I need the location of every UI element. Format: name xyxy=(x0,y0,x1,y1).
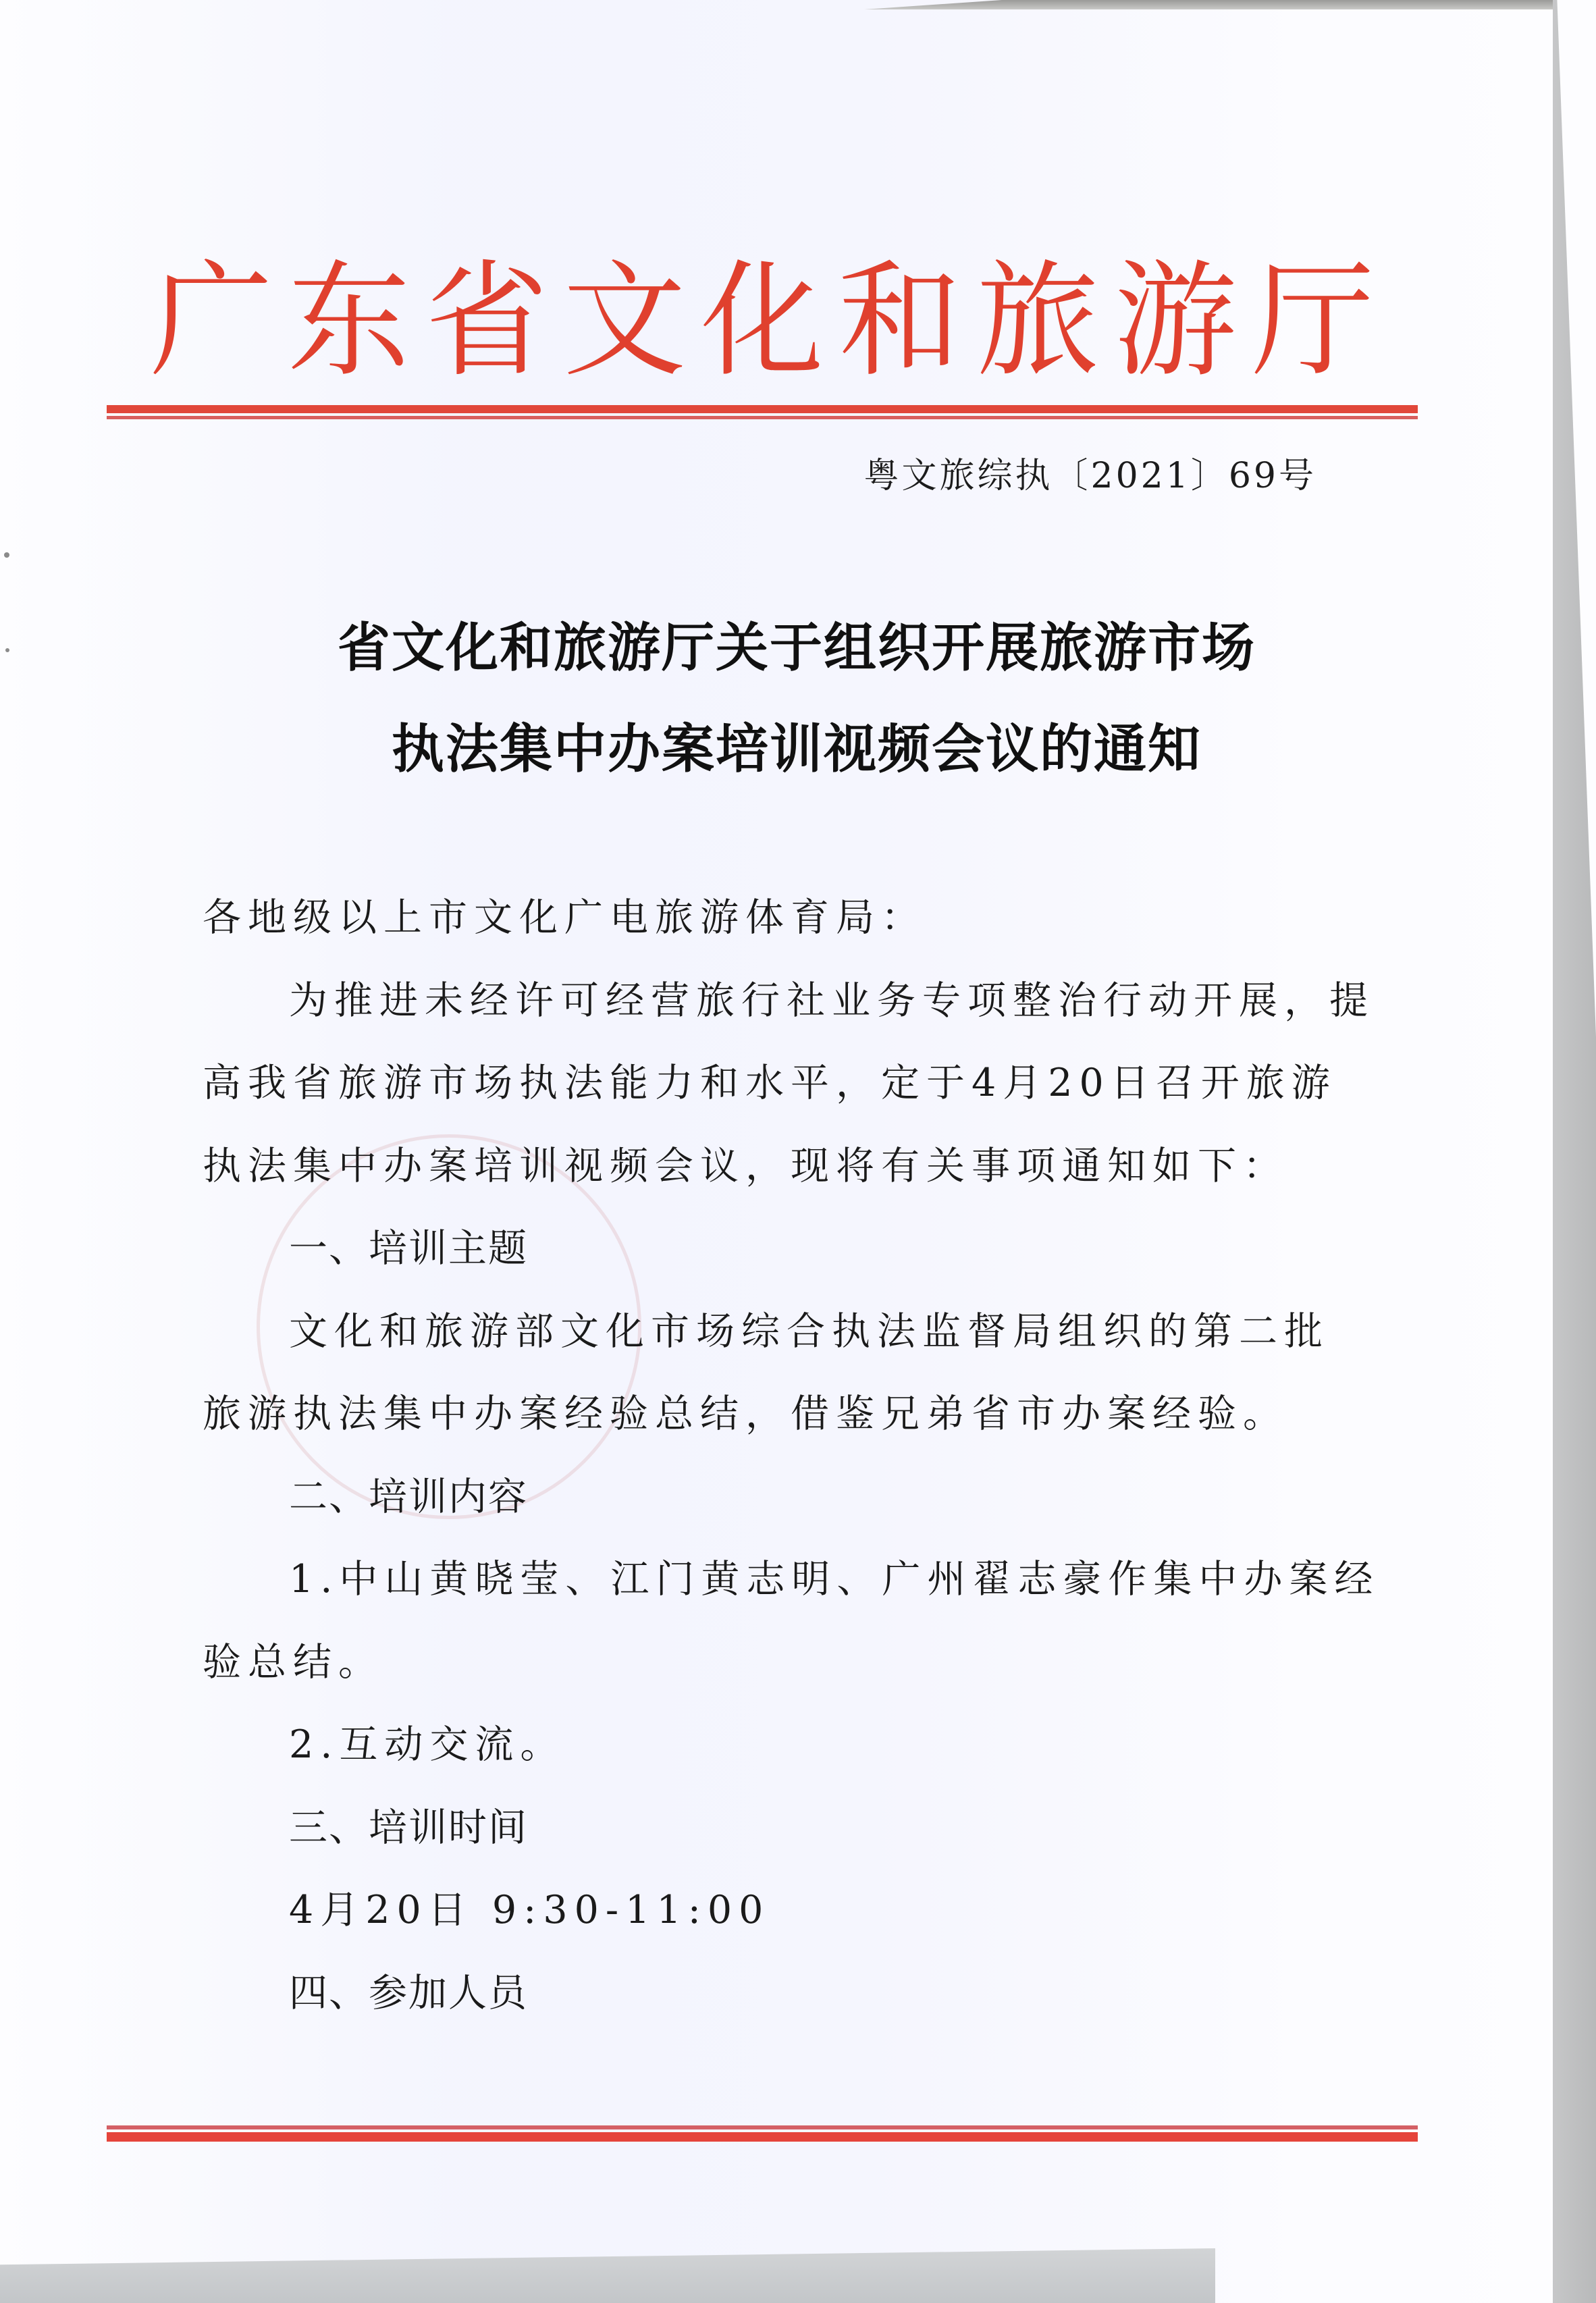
content-item-1-line-2: 验总结。 xyxy=(203,1621,1323,1704)
salutation: 各地级以上市文化广电旅游体育局： xyxy=(203,876,1323,959)
document-title: 省文化和旅游厅关于组织开展旅游市场 执法集中办案培训视频会议的通知 xyxy=(135,598,1458,800)
scan-speck xyxy=(4,552,9,558)
document-number: 粤文旅综执〔2021〕69号 xyxy=(830,449,1316,503)
red-rule-bottom-thick xyxy=(107,2132,1418,2142)
title-line-1: 省文化和旅游厅关于组织开展旅游市场 xyxy=(135,598,1458,699)
intro-line-1: 为推进未经许可经营旅行社业务专项整治行动开展，提 xyxy=(203,959,1323,1042)
content-item-2: 2.互动交流。 xyxy=(203,1703,1323,1786)
document-body: 各地级以上市文化广电旅游体育局： 为推进未经许可经营旅行社业务专项整治行动开展，… xyxy=(203,876,1323,2034)
masthead-red-header: 广东省文化和旅游厅 xyxy=(135,248,1404,393)
section-heading-participants: 四、参加人员 xyxy=(203,1952,1323,2035)
topic-line-1: 文化和旅游部文化市场综合执法监督局组织的第二批 xyxy=(203,1290,1323,1373)
intro-line-2: 高我省旅游市场执法能力和水平，定于4月20日召开旅游 xyxy=(203,1042,1323,1125)
red-rule-top-thin xyxy=(107,416,1418,419)
content-item-1-line-1: 1.中山黄晓莹、江门黄志明、广州翟志豪作集中办案经 xyxy=(203,1538,1323,1621)
section-heading-content: 二、培训内容 xyxy=(203,1456,1323,1539)
training-time: 4月20日 9:30-11:00 xyxy=(203,1869,1323,1952)
intro-line-3: 执法集中办案培训视频会议，现将有关事项通知如下： xyxy=(203,1125,1323,1208)
topic-line-2: 旅游执法集中办案经验总结，借鉴兄弟省市办案经验。 xyxy=(203,1373,1323,1456)
scan-speck xyxy=(5,648,9,652)
title-line-2: 执法集中办案培训视频会议的通知 xyxy=(135,699,1458,800)
section-heading-time: 三、培训时间 xyxy=(203,1786,1323,1870)
red-rule-bottom-thin xyxy=(107,2125,1418,2129)
red-rule-top-thick xyxy=(107,405,1418,413)
section-heading-topic: 一、培训主题 xyxy=(203,1207,1323,1290)
